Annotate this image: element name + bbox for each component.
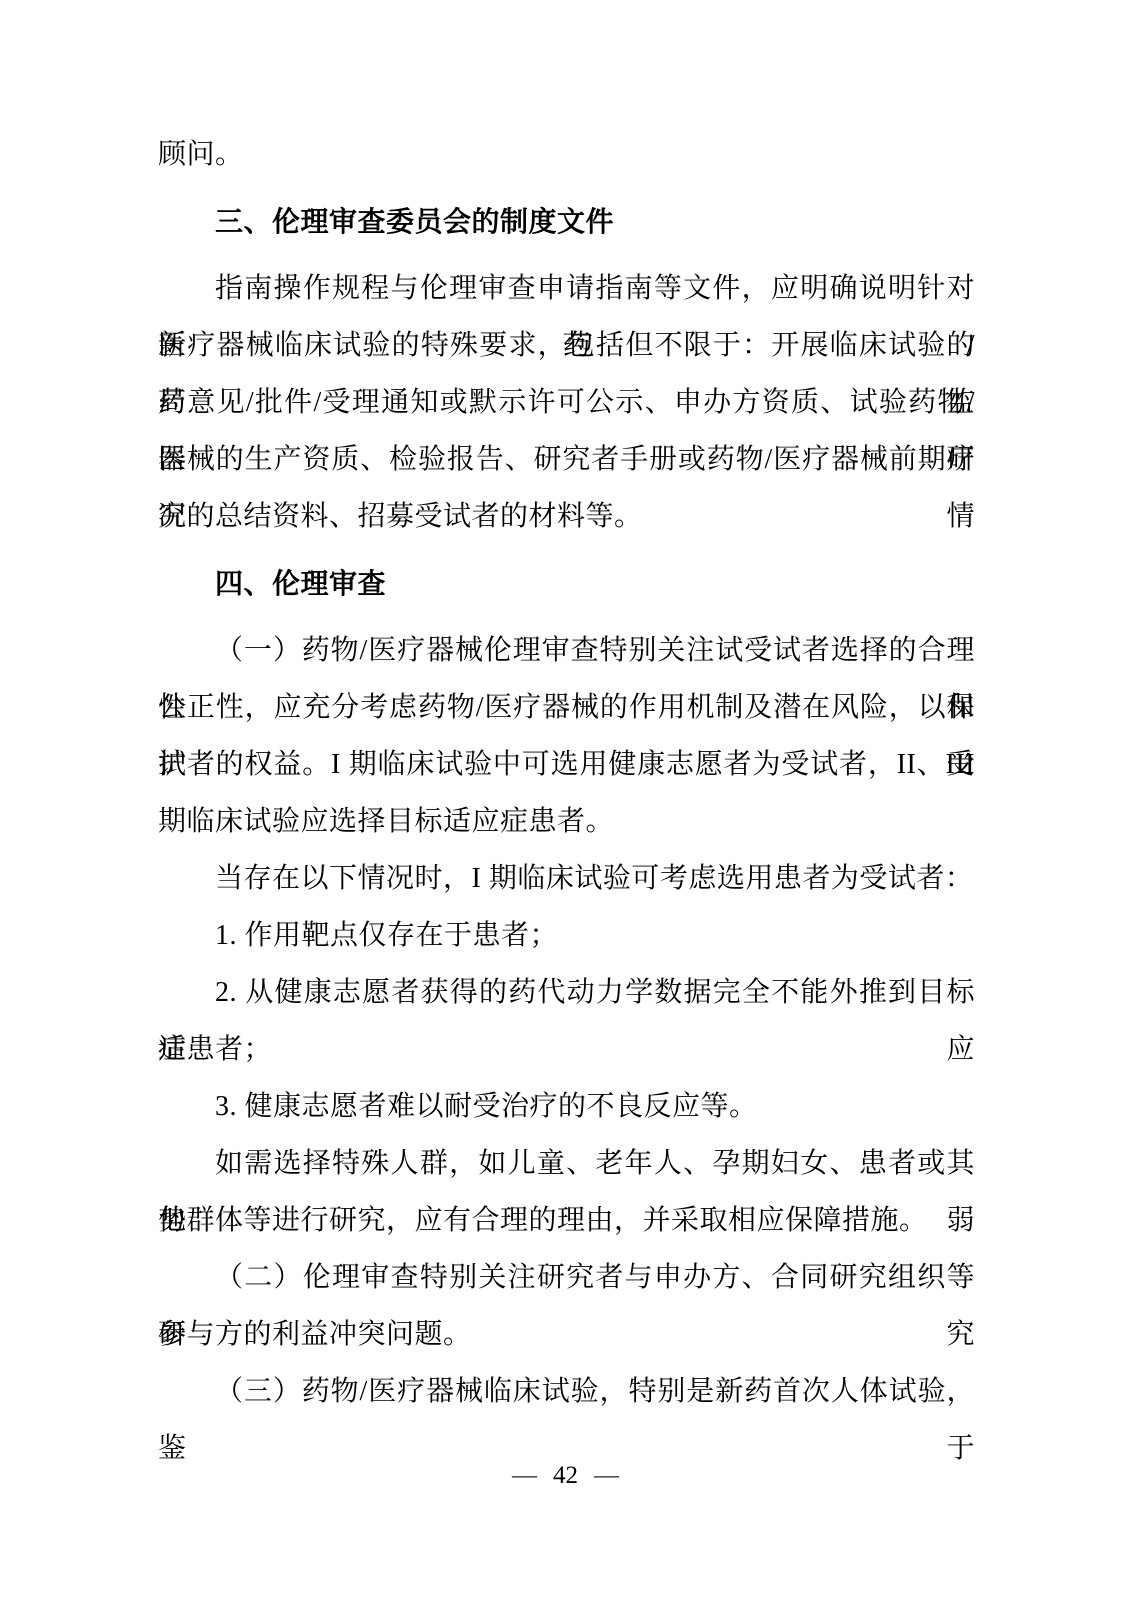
document-page: 顾问。 三、伦理审查委员会的制度文件 指南操作规程与伦理审查申请指南等文件，应明… — [0, 0, 1131, 1600]
page-body-text: 顾问。 三、伦理审查委员会的制度文件 指南操作规程与伦理审查申请指南等文件，应明… — [158, 126, 975, 1420]
paragraph-line: 顾问。 — [158, 126, 975, 183]
footer-dash-left: — — [512, 1456, 537, 1496]
page-footer: — 42 — — [0, 1456, 1131, 1496]
paragraph-line: （二）伦理审查特别关注研究者与申办方、合同研究组织等研究 — [158, 1249, 975, 1306]
page-number: 42 — [553, 1456, 578, 1496]
list-item-line: 2. 从健康志愿者获得的药代动力学数据完全不能外推到目标适应 — [158, 964, 975, 1021]
paragraph-line: 试者的权益。I 期临床试验中可选用健康志愿者为受试者，II、III — [158, 736, 975, 793]
paragraph-line: 器械的生产资质、检验报告、研究者手册或药物/医疗器械前期研究情 — [158, 431, 975, 488]
paragraph-line: 局意见/批件/受理通知或默示许可公示、申办方资质、试验药物/医疗 — [158, 374, 975, 431]
paragraph-line: （一）药物/医疗器械伦理审查特别关注试受试者选择的合理性和 — [158, 622, 975, 679]
list-item-line: 3. 健康志愿者难以耐受治疗的不良反应等。 — [158, 1078, 975, 1135]
paragraph-line: 医疗器械临床试验的特殊要求，包括但不限于：开展临床试验的药监 — [158, 317, 975, 374]
paragraph-line: （三）药物/医疗器械临床试验，特别是新药首次人体试验，鉴于 — [158, 1363, 975, 1420]
paragraph-line: 公正性，应充分考虑药物/医疗器械的作用机制及潜在风险，以保护受 — [158, 679, 975, 736]
paragraph-line: 当存在以下情况时，I 期临床试验可考虑选用患者为受试者： — [158, 850, 975, 907]
paragraph-line: 如需选择特殊人群，如儿童、老年人、孕期妇女、患者或其他弱 — [158, 1135, 975, 1192]
paragraph-line: 指南操作规程与伦理审查申请指南等文件，应明确说明针对新药/ — [158, 260, 975, 317]
section-heading-3: 三、伦理审查委员会的制度文件 — [158, 193, 975, 250]
footer-dash-right: — — [594, 1456, 619, 1496]
section-heading-4: 四、伦理审查 — [158, 555, 975, 612]
paragraph-line: 期临床试验应选择目标适应症患者。 — [158, 793, 975, 850]
list-item-line: 1. 作用靶点仅存在于患者； — [158, 907, 975, 964]
paragraph-line: 势群体等进行研究，应有合理的理由，并采取相应保障措施。 — [158, 1192, 975, 1249]
